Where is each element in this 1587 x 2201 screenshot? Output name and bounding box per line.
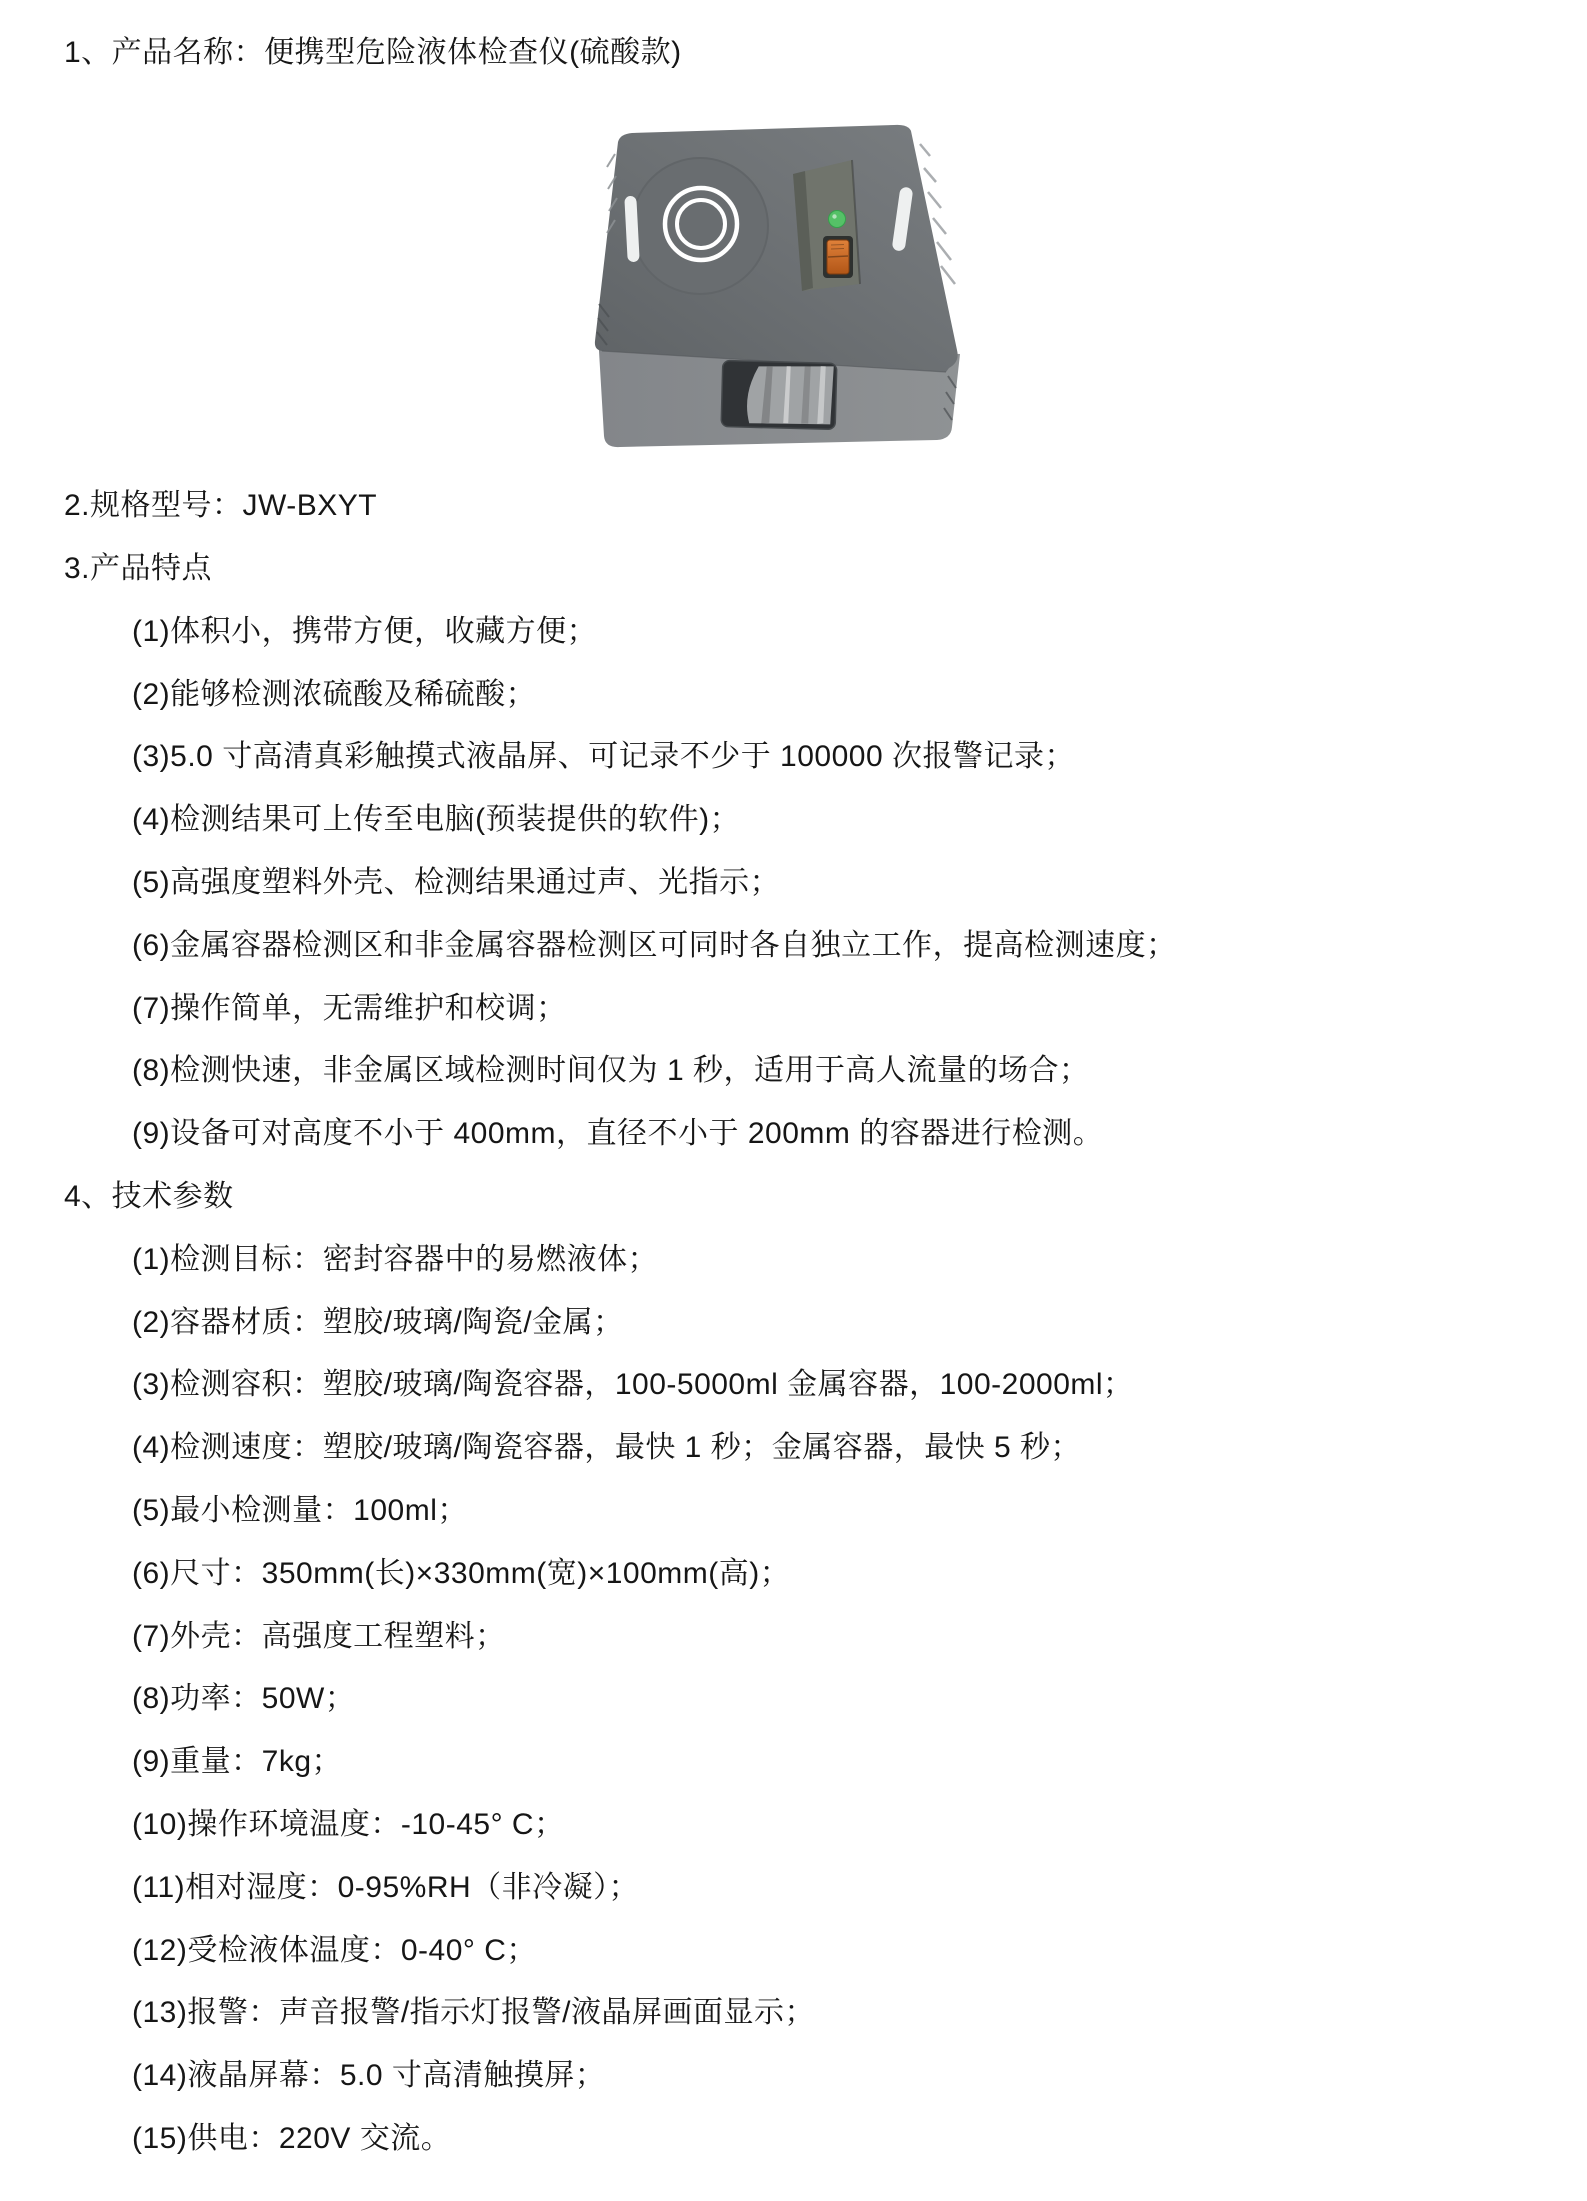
spec-text: (8)功率：50W； [132,1673,355,1717]
status-led [829,210,846,227]
detection-zone [632,158,768,294]
spec-text: (10)操作环境温度：-10-45° C； [132,1799,565,1843]
lcd-screen [721,360,837,429]
feature-line: (3)5.0 寸高清真彩触摸式液晶屏、可记录不少于 100000 次报警记录； [0,722,1587,785]
spec-line: (9)重量：7kg； [0,1727,1587,1790]
spec-text: (4)检测速度：塑胶/玻璃/陶瓷容器，最快 1 秒；金属容器，最快 5 秒； [132,1422,1081,1466]
feature-text: (9)设备可对高度不小于 400mm，直径不小于 200mm 的容器进行检测。 [132,1108,1103,1152]
spec-text: (13)报警：声音报警/指示灯报警/液晶屏画面显示； [132,1987,815,2031]
feature-line: (6)金属容器检测区和非金属容器检测区可同时各自独立工作，提高检测速度； [0,910,1587,973]
heading-text: 2.规格型号：JW-BXYT [64,480,377,524]
feature-text: (1)体积小，携带方便，收藏方便； [132,606,597,650]
feature-text: (5)高强度塑料外壳、检测结果通过声、光指示； [132,857,780,901]
spec-line: (10)操作环境温度：-10-45° C； [0,1790,1587,1853]
section-heading-product-name: 1、产品名称：便携型危险液体检查仪(硫酸款) [0,18,1587,81]
section-heading-model: 2.规格型号：JW-BXYT [0,471,1587,534]
device-photo [590,124,970,464]
spec-line: (1)检测目标：密封容器中的易燃液体； [0,1224,1587,1287]
feature-line: (2)能够检测浓硫酸及稀硫酸； [0,659,1587,722]
feature-text: (4)检测结果可上传至电脑(预装提供的软件)； [132,794,740,838]
document-page: 1、产品名称：便携型危险液体检查仪(硫酸款) [0,0,1587,2201]
heading-text: 1、产品名称：便携型危险液体检查仪(硫酸款) [64,27,682,71]
spec-text: (11)相对湿度：0-95%RH（非冷凝）； [132,1862,639,1906]
feature-text: (8)检测快速，非金属区域检测时间仅为 1 秒，适用于高人流量的场合； [132,1045,1090,1089]
feature-line: (8)检测快速，非金属区域检测时间仅为 1 秒，适用于高人流量的场合； [0,1036,1587,1099]
spec-line: (3)检测容积：塑胶/玻璃/陶瓷容器，100-5000ml 金属容器，100-2… [0,1350,1587,1413]
spec-line: (2)容器材质：塑胶/玻璃/陶瓷/金属； [0,1287,1587,1350]
spec-text: (9)重量：7kg； [132,1736,342,1780]
spec-line: (4)检测速度：塑胶/玻璃/陶瓷容器，最快 1 秒；金属容器，最快 5 秒； [0,1413,1587,1476]
spec-line: (13)报警：声音报警/指示灯报警/液晶屏画面显示； [0,1978,1587,2041]
feature-line: (7)操作简单，无需维护和校调； [0,973,1587,1036]
feature-line: (4)检测结果可上传至电脑(预装提供的软件)； [0,785,1587,848]
spec-line: (15)供电：220V 交流。 [0,2104,1587,2167]
spec-text: (2)容器材质：塑胶/玻璃/陶瓷/金属； [132,1297,624,1341]
feature-line: (1)体积小，携带方便，收藏方便； [0,596,1587,659]
feature-text: (6)金属容器检测区和非金属容器检测区可同时各自独立工作，提高检测速度； [132,920,1177,964]
section-heading-features: 3.产品特点 [0,534,1587,597]
spec-text: (14)液晶屏幕：5.0 寸高清触摸屏； [132,2050,605,2094]
spec-line: (6)尺寸：350mm(长)×330mm(宽)×100mm(高)； [0,1538,1587,1601]
feature-text: (2)能够检测浓硫酸及稀硫酸； [132,669,536,713]
feature-text: (7)操作简单，无需维护和校调； [132,983,567,1027]
spec-line: (14)液晶屏幕：5.0 寸高清触摸屏； [0,2041,1587,2104]
spec-line: (7)外壳：高强度工程塑料； [0,1601,1587,1664]
spec-line: (11)相对湿度：0-95%RH（非冷凝）； [0,1852,1587,1915]
feature-line: (9)设备可对高度不小于 400mm，直径不小于 200mm 的容器进行检测。 [0,1099,1587,1162]
spec-text: (1)检测目标：密封容器中的易燃液体； [132,1234,658,1278]
heading-text: 3.产品特点 [64,543,212,587]
feature-text: (3)5.0 寸高清真彩触摸式液晶屏、可记录不少于 100000 次报警记录； [132,731,1075,775]
spec-line: (5)最小检测量：100ml； [0,1476,1587,1539]
spec-text: (6)尺寸：350mm(长)×330mm(宽)×100mm(高)； [132,1548,790,1592]
product-photo [0,81,1587,471]
spec-text: (5)最小检测量：100ml； [132,1485,468,1529]
spec-text: (15)供电：220V 交流。 [132,2113,451,2157]
feature-line: (5)高强度塑料外壳、检测结果通过声、光指示； [0,848,1587,911]
spec-line: (12)受检液体温度：0-40° C； [0,1915,1587,1978]
spec-text: (3)检测容积：塑胶/玻璃/陶瓷容器，100-5000ml 金属容器，100-2… [132,1359,1134,1403]
spec-line: (8)功率：50W； [0,1664,1587,1727]
heading-text: 4、技术参数 [64,1171,234,1215]
power-switch[interactable] [823,236,853,278]
spec-text: (12)受检液体温度：0-40° C； [132,1925,537,1969]
section-heading-specs: 4、技术参数 [0,1162,1587,1225]
spec-text: (7)外壳：高强度工程塑料； [132,1611,506,1655]
